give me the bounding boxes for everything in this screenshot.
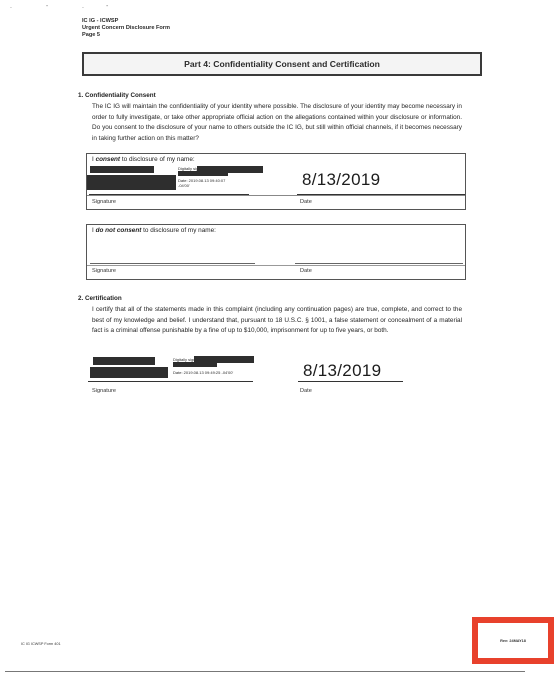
section1-title: 1. Confidentiality Consent <box>78 92 156 99</box>
date-line[interactable] <box>295 263 463 264</box>
signature-label: Signature <box>92 268 116 274</box>
revision-highlight-box: Rev: 24MAY18 <box>472 617 554 664</box>
no-consent-label: I do not consent to disclosure of my nam… <box>92 227 216 234</box>
consent-emphasis: consent <box>96 156 121 163</box>
redaction-block <box>173 363 217 367</box>
scan-artifacts: . - . - <box>10 3 118 10</box>
date-label: Date <box>300 268 312 274</box>
signature-label: Signature <box>92 388 116 394</box>
part-title-banner: Part 4: Confidentiality Consent and Cert… <box>82 52 482 76</box>
no-consent-emphasis: do not consent <box>96 227 142 234</box>
certification-date-value[interactable]: 8/13/2019 <box>303 361 381 381</box>
signature-line <box>88 381 253 382</box>
header-page-number: Page 5 <box>82 32 170 39</box>
header-agency: IC IG - ICWSP <box>82 18 170 25</box>
redaction-block <box>90 367 168 378</box>
consent-label: I consent to disclosure of my name: <box>92 156 195 163</box>
redaction-block <box>194 356 254 363</box>
date-label: Date <box>300 388 312 394</box>
header-form-name: Urgent Concern Disclosure Form <box>82 25 170 32</box>
redaction-block <box>178 172 228 176</box>
date-label: Date <box>300 199 312 205</box>
box-divider <box>87 195 465 196</box>
signature-line[interactable] <box>90 263 255 264</box>
section2-title: 2. Certification <box>78 295 122 302</box>
consent-date-value[interactable]: 8/13/2019 <box>302 170 380 190</box>
consent-box[interactable]: I consent to disclosure of my name: Digi… <box>86 153 466 210</box>
document-header: IC IG - ICWSP Urgent Concern Disclosure … <box>82 18 170 39</box>
digital-signature-date: Date: 2019.08.13 09:40:07 -04'00' <box>178 178 225 188</box>
date-line <box>298 381 403 382</box>
form-id: IC IG ICWSP Form 401 <box>21 642 61 646</box>
revision-label: Rev: 24MAY18 <box>500 639 526 643</box>
footer-rule <box>5 671 525 672</box>
box-divider <box>87 265 465 266</box>
redaction-block <box>87 175 176 190</box>
part-title: Part 4: Confidentiality Consent and Cert… <box>184 59 380 69</box>
redaction-block <box>90 166 154 173</box>
section2-paragraph: I certify that all of the statements mad… <box>92 305 462 337</box>
digital-signature-date: Date: 2019.08.13 09:49:25 -04'00' <box>173 370 233 375</box>
section1-paragraph: The IC IG will maintain the confidential… <box>92 102 462 144</box>
redaction-block <box>93 357 155 365</box>
no-consent-box[interactable]: I do not consent to disclosure of my nam… <box>86 224 466 280</box>
signature-label: Signature <box>92 199 116 205</box>
